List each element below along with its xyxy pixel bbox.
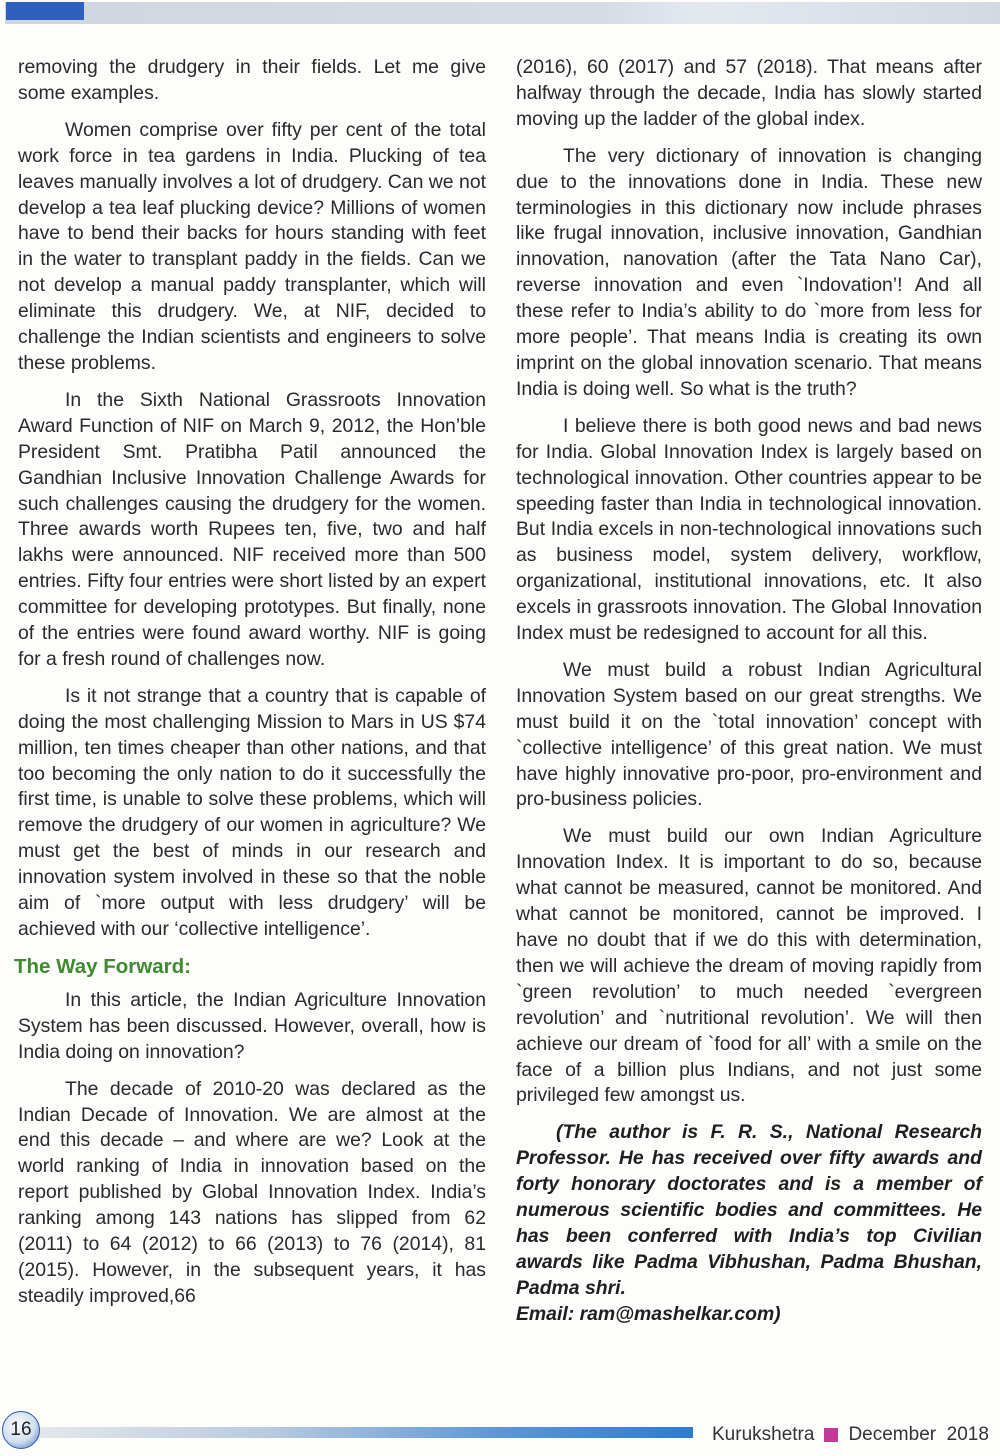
section-heading: The Way Forward: [14, 954, 486, 980]
body-paragraph: Is it not strange that a country that is… [18, 684, 486, 943]
author-note: (The author is F. R. S., National Resear… [516, 1120, 982, 1301]
separator-square-icon [824, 1428, 838, 1442]
page-number-badge: 16 [2, 1411, 40, 1449]
footer-publication-line: Kurukshetra December 2018 [712, 1424, 989, 1446]
body-paragraph: In the Sixth National Grassroots Innovat… [18, 388, 486, 673]
publication-name: Kurukshetra [712, 1424, 814, 1446]
left-column: removing the drudgery in their fields. L… [18, 55, 486, 1321]
header-accent-block [6, 2, 84, 20]
body-paragraph: The decade of 2010-20 was declared as th… [18, 1077, 486, 1310]
body-paragraph: We must build a robust Indian Agricultur… [516, 658, 982, 813]
body-paragraph: Women comprise over fifty per cent of th… [18, 118, 486, 377]
body-paragraph: We must build our own Indian Agriculture… [516, 824, 982, 1109]
issue-date: December 2018 [848, 1424, 988, 1446]
footer-bar [35, 1427, 693, 1438]
body-paragraph: In this article, the Indian Agriculture … [18, 988, 486, 1066]
body-paragraph: I believe there is both good news and ba… [516, 414, 982, 647]
right-column: (2016), 60 (2017) and 57 (2018). That me… [516, 55, 982, 1328]
header-bar [5, 2, 1000, 24]
author-email: Email: ram@mashelkar.com) [516, 1302, 982, 1328]
body-paragraph: The very dictionary of innovation is cha… [516, 144, 982, 403]
body-paragraph: (2016), 60 (2017) and 57 (2018). That me… [516, 55, 982, 133]
body-paragraph: removing the drudgery in their fields. L… [18, 55, 486, 107]
